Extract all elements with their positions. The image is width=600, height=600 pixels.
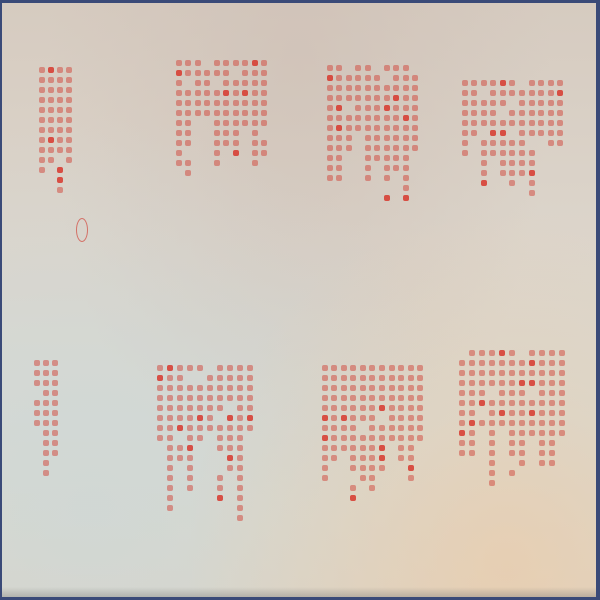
glyph-mark [66,137,72,143]
glyph-mark [479,380,485,386]
glyph-mark [417,395,423,401]
glyph-mark [43,430,49,436]
glyph-mark [177,395,183,401]
glyph-mark [417,425,423,431]
glyph-mark [167,375,173,381]
glyph-mark [52,380,58,386]
glyph-mark [490,110,496,116]
glyph-mark [247,375,253,381]
glyph-mark [350,365,356,371]
text-column [556,78,564,218]
text-column [383,63,391,213]
glyph-mark [509,120,515,126]
glyph-mark [185,90,191,96]
glyph-mark [519,380,525,386]
glyph-mark [217,375,223,381]
glyph-mark [336,175,342,181]
glyph-mark [389,375,395,381]
glyph-mark [393,65,399,71]
glyph-mark [227,415,233,421]
glyph-mark [350,385,356,391]
glyph-mark [393,125,399,131]
glyph-mark [384,75,390,81]
glyph-mark [322,485,328,491]
glyph-mark [227,365,233,371]
text-column [38,65,45,215]
glyph-mark [509,450,515,456]
glyph-mark [327,145,333,151]
glyph-mark [207,395,213,401]
glyph-mark [197,375,203,381]
glyph-mark [157,385,163,391]
glyph-mark [500,80,506,86]
glyph-mark [177,365,183,371]
glyph-mark [519,110,525,116]
glyph-mark [233,100,239,106]
glyph-mark [408,435,414,441]
glyph-mark [336,75,342,81]
glyph-mark [398,385,404,391]
glyph-mark [52,390,58,396]
glyph-mark [195,100,201,106]
glyph-mark [417,365,423,371]
glyph-mark [500,100,506,106]
text-block-top-left-a [37,65,73,215]
glyph-mark [336,155,342,161]
glyph-mark [469,420,475,426]
glyph-mark [247,365,253,371]
glyph-mark [412,145,418,151]
glyph-mark [233,90,239,96]
glyph-mark [252,160,258,166]
glyph-mark [519,430,525,436]
glyph-mark [479,390,485,396]
glyph-mark [52,420,58,426]
glyph-mark [261,150,267,156]
glyph-mark [252,80,258,86]
glyph-mark [261,140,267,146]
glyph-mark [176,60,182,66]
text-column [156,363,164,533]
glyph-mark [350,475,356,481]
glyph-mark [408,425,414,431]
text-column [204,58,212,198]
glyph-mark [408,405,414,411]
glyph-mark [360,375,366,381]
glyph-mark [167,425,173,431]
glyph-mark [39,127,45,133]
glyph-mark [322,435,328,441]
glyph-mark [509,390,515,396]
glyph-mark [331,425,337,431]
glyph-mark [365,65,371,71]
glyph-mark [204,90,210,96]
glyph-mark [66,147,72,153]
text-column [359,363,367,513]
glyph-mark [52,360,58,366]
glyph-mark [48,87,54,93]
glyph-mark [34,370,40,376]
glyph-mark [539,410,545,416]
glyph-mark [48,157,54,163]
glyph-mark [509,130,515,136]
text-column [242,58,250,198]
glyph-mark [52,410,58,416]
glyph-mark [247,405,253,411]
glyph-mark [52,440,58,446]
glyph-mark [346,135,352,141]
glyph-mark [360,385,366,391]
glyph-mark [471,130,477,136]
glyph-mark [519,170,525,176]
glyph-mark [176,90,182,96]
glyph-mark [237,505,243,511]
glyph-mark [548,80,554,86]
glyph-mark [499,420,505,426]
glyph-mark [48,147,54,153]
glyph-mark [374,85,380,91]
glyph-mark [185,130,191,136]
text-column [548,348,556,503]
glyph-mark [167,385,173,391]
glyph-mark [471,100,477,106]
glyph-mark [217,385,223,391]
glyph-mark [207,405,213,411]
glyph-mark [157,395,163,401]
glyph-mark [384,135,390,141]
glyph-mark [499,390,505,396]
glyph-mark [393,155,399,161]
glyph-mark [43,470,49,476]
glyph-mark [187,395,193,401]
glyph-mark [346,65,352,71]
glyph-mark [195,90,201,96]
glyph-mark [538,100,544,106]
glyph-mark [412,75,418,81]
text-column [331,363,339,513]
glyph-mark [187,405,193,411]
glyph-mark [331,385,337,391]
glyph-mark [360,465,366,471]
glyph-mark [39,87,45,93]
glyph-mark [365,165,371,171]
glyph-mark [185,150,191,156]
glyph-mark [384,195,390,201]
glyph-mark [176,120,182,126]
glyph-mark [412,115,418,121]
text-column [196,363,204,533]
glyph-mark [519,90,525,96]
glyph-mark [500,160,506,166]
glyph-mark [57,107,63,113]
glyph-mark [237,395,243,401]
glyph-mark [469,350,475,356]
glyph-mark [379,475,385,481]
glyph-mark [538,90,544,96]
glyph-mark [195,110,201,116]
glyph-mark [389,415,395,421]
glyph-mark [519,120,525,126]
glyph-mark [39,137,45,143]
glyph-mark [237,445,243,451]
glyph-mark [66,87,72,93]
glyph-mark [176,100,182,106]
glyph-mark [341,435,347,441]
glyph-mark [393,75,399,81]
glyph-mark [403,85,409,91]
glyph-mark [548,140,554,146]
glyph-mark [538,130,544,136]
glyph-mark [529,440,535,446]
glyph-mark [223,90,229,96]
text-column [185,58,193,198]
glyph-mark [403,195,409,201]
glyph-mark [247,385,253,391]
glyph-mark [369,485,375,491]
text-column [388,363,396,513]
glyph-mark [197,415,203,421]
glyph-mark [237,405,243,411]
glyph-mark [167,455,173,461]
glyph-mark [327,155,333,161]
glyph-mark [346,145,352,151]
glyph-mark [327,105,333,111]
glyph-mark [384,165,390,171]
glyph-mark [557,100,563,106]
glyph-mark [384,95,390,101]
glyph-mark [500,180,506,186]
glyph-mark [252,60,258,66]
glyph-mark [177,425,183,431]
glyph-mark [365,175,371,181]
glyph-mark [529,400,535,406]
glyph-mark [48,117,54,123]
glyph-mark [398,435,404,441]
glyph-mark [403,95,409,101]
glyph-mark [237,375,243,381]
glyph-mark [217,475,223,481]
glyph-mark [384,145,390,151]
glyph-mark [331,395,337,401]
glyph-mark [519,460,525,466]
glyph-mark [519,160,525,166]
glyph-mark [214,150,220,156]
glyph-mark [403,115,409,121]
glyph-mark [261,100,267,106]
text-column [345,63,353,213]
glyph-mark [489,480,495,486]
glyph-mark [369,405,375,411]
glyph-mark [261,110,267,116]
glyph-mark [557,120,563,126]
glyph-mark [384,105,390,111]
glyph-mark [207,425,213,431]
glyph-mark [417,405,423,411]
glyph-mark [529,370,535,376]
glyph-mark [519,360,525,366]
glyph-mark [398,445,404,451]
text-column [350,363,358,513]
glyph-mark [167,395,173,401]
text-column [412,63,420,213]
glyph-mark [481,100,487,106]
glyph-mark [360,365,366,371]
glyph-mark [469,430,475,436]
glyph-mark [187,385,193,391]
glyph-mark [355,75,361,81]
glyph-mark [479,350,485,356]
glyph-mark [559,430,565,436]
glyph-mark [322,455,328,461]
glyph-mark [489,430,495,436]
glyph-mark [227,405,233,411]
glyph-mark [549,460,555,466]
glyph-mark [195,60,201,66]
glyph-mark [237,415,243,421]
glyph-mark [479,410,485,416]
glyph-mark [369,465,375,471]
glyph-mark [177,445,183,451]
glyph-mark [481,110,487,116]
glyph-mark [322,385,328,391]
glyph-mark [509,430,515,436]
text-column [65,65,72,215]
glyph-mark [500,120,506,126]
glyph-mark [336,105,342,111]
glyph-mark [233,80,239,86]
glyph-mark [57,97,63,103]
glyph-mark [459,380,465,386]
glyph-mark [197,435,203,441]
glyph-mark [43,410,49,416]
glyph-mark [43,370,49,376]
glyph-mark [519,140,525,146]
glyph-mark [346,105,352,111]
text-column [216,363,224,533]
glyph-mark [412,105,418,111]
glyph-mark [336,65,342,71]
glyph-mark [384,65,390,71]
text-column [56,65,63,215]
glyph-mark [43,420,49,426]
glyph-mark [384,185,390,191]
glyph-mark [322,475,328,481]
glyph-mark [187,485,193,491]
glyph-mark [529,180,535,186]
glyph-mark [167,485,173,491]
glyph-mark [39,157,45,163]
glyph-mark [187,475,193,481]
glyph-mark [214,80,220,86]
glyph-mark [207,385,213,391]
glyph-mark [539,350,545,356]
glyph-mark [412,85,418,91]
glyph-mark [509,400,515,406]
glyph-mark [529,140,535,146]
glyph-mark [408,365,414,371]
glyph-mark [176,150,182,156]
glyph-mark [365,115,371,121]
glyph-mark [538,110,544,116]
glyph-mark [167,415,173,421]
glyph-mark [384,125,390,131]
glyph-mark [365,125,371,131]
glyph-mark [346,125,352,131]
glyph-mark [374,65,380,71]
glyph-mark [185,60,191,66]
glyph-mark [529,430,535,436]
glyph-mark [242,80,248,86]
glyph-mark [499,380,505,386]
glyph-mark [384,155,390,161]
glyph-mark [548,120,554,126]
glyph-mark [519,470,525,476]
glyph-mark [539,440,545,446]
glyph-mark [39,147,45,153]
text-column [251,58,259,198]
text-column [47,65,54,215]
glyph-mark [374,155,380,161]
glyph-mark [237,365,243,371]
glyph-mark [227,465,233,471]
glyph-mark [185,110,191,116]
glyph-mark [389,395,395,401]
glyph-mark [509,180,515,186]
glyph-mark [469,370,475,376]
glyph-mark [393,135,399,141]
glyph-mark [322,365,328,371]
glyph-mark [176,160,182,166]
glyph-mark [197,425,203,431]
glyph-mark [34,410,40,416]
glyph-mark [233,130,239,136]
glyph-mark [336,125,342,131]
glyph-mark [322,375,328,381]
glyph-mark [167,505,173,511]
glyph-mark [398,415,404,421]
glyph-mark [360,435,366,441]
glyph-mark [217,395,223,401]
glyph-mark [539,450,545,456]
glyph-mark [341,385,347,391]
glyph-mark [167,495,173,501]
text-column [374,63,382,213]
text-block-bottom-right-b [457,348,567,503]
text-column [518,78,526,218]
glyph-mark [48,67,54,73]
glyph-mark [52,400,58,406]
glyph-mark [57,187,63,193]
glyph-mark [187,435,193,441]
glyph-mark [389,425,395,431]
text-column [246,363,254,533]
glyph-mark [490,80,496,86]
glyph-mark [389,365,395,371]
glyph-mark [509,150,515,156]
glyph-mark [176,140,182,146]
glyph-mark [559,360,565,366]
text-column [498,348,506,503]
text-column [186,363,194,533]
glyph-mark [43,460,49,466]
glyph-mark [365,95,371,101]
glyph-mark [167,445,173,451]
glyph-mark [384,175,390,181]
glyph-mark [559,390,565,396]
glyph-mark [398,455,404,461]
glyph-mark [389,435,395,441]
glyph-mark [509,440,515,446]
